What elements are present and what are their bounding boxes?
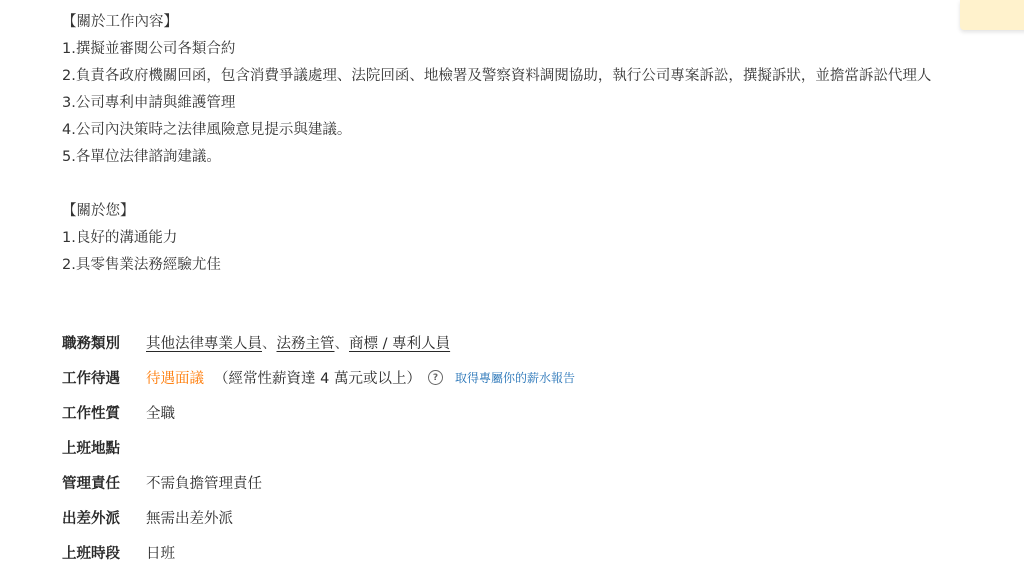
detail-row-management: 管理責任 不需負擔管理責任	[62, 465, 575, 500]
job-content-item: 4.公司內決策時之法律風險意見提示與建議。	[62, 117, 962, 144]
detail-row-category: 職務類別 其他法律專業人員 、 法務主管 、 商標 / 專利人員	[62, 325, 575, 360]
job-type-value: 全職	[146, 402, 175, 423]
detail-row-job-type: 工作性質 全職	[62, 395, 575, 430]
job-description: 【關於工作內容】 1.撰擬並審閱公司各類合約 2.負責各政府機關回函，包含消費爭…	[62, 9, 962, 279]
salary-label: 工作待遇	[62, 367, 146, 388]
category-link-legal-supervisor[interactable]: 法務主管	[277, 332, 335, 353]
job-content-heading: 【關於工作內容】	[62, 9, 962, 36]
category-link-legal-professional[interactable]: 其他法律專業人員	[146, 332, 262, 353]
floating-note-tab[interactable]	[960, 0, 1024, 30]
about-you-item: 1.良好的溝通能力	[62, 225, 962, 252]
business-trip-value: 無需出差外派	[146, 507, 233, 528]
job-content-item: 3.公司專利申請與維護管理	[62, 90, 962, 117]
job-content-item: 2.負責各政府機關回函，包含消費爭議處理、法院回函、地檢署及警察資料調閱協助，執…	[62, 63, 962, 90]
detail-row-salary: 工作待遇 待遇面議 （經常性薪資達 4 萬元或以上） ? 取得專屬你的薪水報告	[62, 360, 575, 395]
detail-row-business-trip: 出差外派 無需出差外派	[62, 500, 575, 535]
detail-row-work-hours: 上班時段 日班	[62, 535, 575, 570]
salary-note: （經常性薪資達 4 萬元或以上）	[214, 367, 421, 388]
help-circle-icon[interactable]: ?	[428, 370, 443, 385]
salary-value: 待遇面議	[146, 367, 204, 388]
detail-row-location: 上班地點	[62, 430, 575, 465]
category-label: 職務類別	[62, 332, 146, 353]
management-value: 不需負擔管理責任	[146, 472, 262, 493]
salary-report-link[interactable]: 取得專屬你的薪水報告	[455, 369, 575, 386]
about-you-item: 2.具零售業法務經驗尤佳	[62, 252, 962, 279]
work-hours-value: 日班	[146, 542, 175, 563]
job-content-item: 1.撰擬並審閱公司各類合約	[62, 36, 962, 63]
job-details: 職務類別 其他法律專業人員 、 法務主管 、 商標 / 專利人員 工作待遇 待遇…	[62, 325, 575, 570]
category-link-patent-staff[interactable]: 商標 / 專利人員	[349, 332, 450, 353]
about-you-heading: 【關於您】	[62, 198, 962, 225]
job-content-item: 5.各單位法律諮詢建議。	[62, 144, 962, 171]
